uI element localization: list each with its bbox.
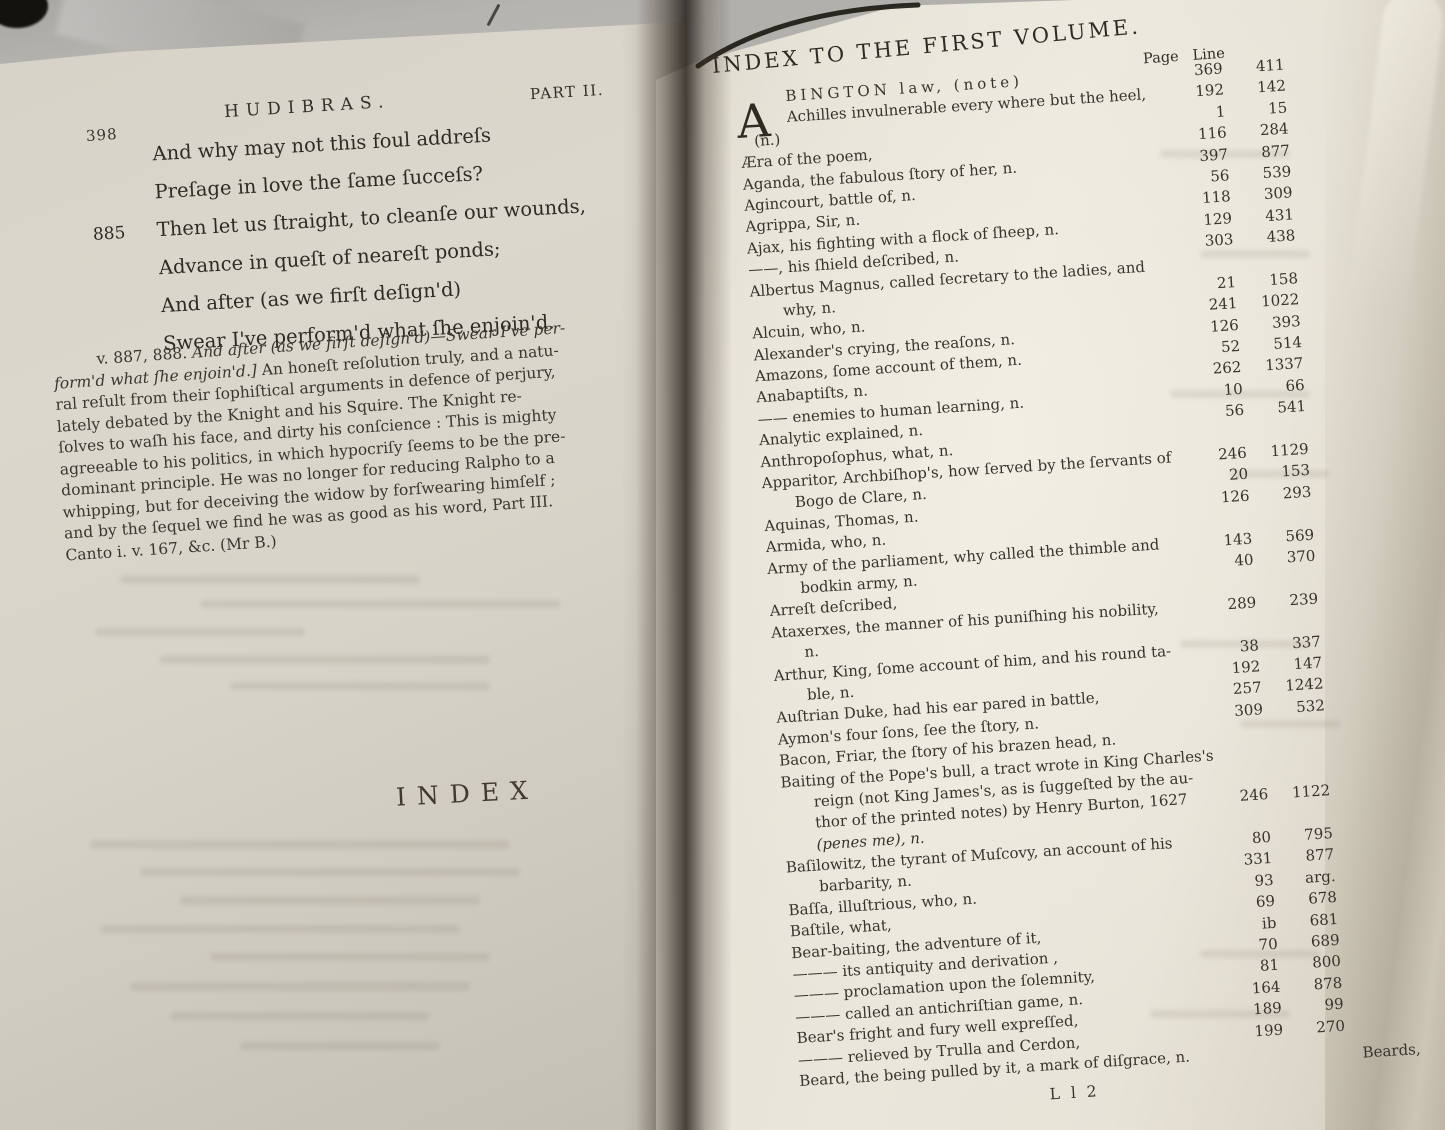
entry-line-ref: 689 <box>1277 931 1340 953</box>
index-half-title: INDEX <box>395 775 539 811</box>
gutter-shadow <box>636 0 732 1130</box>
bleedthrough-smudge <box>90 840 510 849</box>
entry-line-ref: 15 <box>1225 98 1288 120</box>
entry-line-ref: 293 <box>1249 483 1312 505</box>
entry-page-ref: 126 <box>1193 486 1250 507</box>
entry-page-ref: 303 <box>1177 230 1234 251</box>
entry-page-ref: 10 <box>1186 380 1243 401</box>
entry-page-ref: 93 <box>1217 871 1274 892</box>
entry-line-ref: 1337 <box>1241 354 1304 376</box>
entry-line-ref <box>1251 518 1313 522</box>
entry-page-ref: 192 <box>1167 81 1224 102</box>
footnote-block: v. 887, 888. And after (as we firſt deſi… <box>52 311 677 566</box>
entry-line-ref: 1129 <box>1246 440 1309 462</box>
entry-page-ref <box>1179 266 1235 270</box>
entry-line-ref <box>1267 774 1329 778</box>
entry-line-ref: 1242 <box>1261 675 1324 697</box>
entry-line-ref: 153 <box>1248 461 1311 483</box>
part-label: PART II. <box>530 81 605 103</box>
entry-line-ref: 431 <box>1231 205 1294 227</box>
entry-page-ref: 199 <box>1227 1020 1284 1041</box>
entry-line-ref <box>1285 1052 1347 1056</box>
entry-line-ref: 569 <box>1252 525 1315 547</box>
entry-line-ref: 1122 <box>1268 781 1331 803</box>
entry-page-ref: 1 <box>1169 102 1226 123</box>
entry-line-ref: 877 <box>1272 845 1335 867</box>
entry-page-ref <box>1214 756 1270 760</box>
bleedthrough-smudge <box>120 575 420 584</box>
bleedthrough-smudge <box>210 953 490 961</box>
entry-page-ref <box>1195 522 1251 526</box>
entry-line-ref: 284 <box>1226 120 1289 142</box>
entry-page-ref: 369 <box>1166 59 1223 80</box>
entry-page-ref: 397 <box>1172 145 1229 166</box>
entry-page-ref: 262 <box>1185 358 1242 379</box>
entry-page-ref: ib <box>1220 913 1277 934</box>
entry-page-ref: 21 <box>1180 273 1237 294</box>
bleedthrough-smudge <box>200 600 560 608</box>
entry-line-ref <box>1270 752 1332 756</box>
entry-page-ref: 118 <box>1174 188 1231 209</box>
entry-line-ref: 393 <box>1238 312 1301 334</box>
verse-line-number <box>91 198 155 202</box>
entry-line-ref: 66 <box>1242 376 1305 398</box>
entry-line-ref <box>1235 262 1297 266</box>
poem-line-text: And why may not this foul addreſs <box>152 124 492 166</box>
bleedthrough-smudge <box>100 925 460 933</box>
entry-page-ref: 192 <box>1204 657 1261 678</box>
entry-page-ref: 129 <box>1176 209 1233 230</box>
entry-line-ref: 877 <box>1227 141 1290 163</box>
entry-line-ref: 532 <box>1262 696 1325 718</box>
entry-line-ref: 370 <box>1253 547 1316 569</box>
entry-page-ref <box>1214 821 1270 825</box>
bleedthrough-smudge <box>240 1042 440 1050</box>
entry-page-ref: 331 <box>1216 849 1273 870</box>
bleedthrough-smudge <box>180 896 480 905</box>
bleedthrough-smudge <box>140 868 520 876</box>
entry-line-ref: 800 <box>1278 952 1341 974</box>
entry-page-ref <box>1209 735 1265 739</box>
bleedthrough-smudge <box>95 628 305 636</box>
entry-page-ref: 56 <box>1188 401 1245 422</box>
entry-line-ref <box>1265 731 1327 735</box>
entry-page-ref: 116 <box>1170 124 1227 145</box>
entry-page-ref: 143 <box>1196 529 1253 550</box>
entry-line-ref: 337 <box>1258 632 1321 654</box>
entry-line-ref: 514 <box>1240 333 1303 355</box>
entry-page-ref: 20 <box>1192 465 1249 486</box>
verse-line-number <box>95 274 159 278</box>
book-photo: { "left_page": { "page_number": "398", "… <box>0 0 1445 1130</box>
verse-line-number: 885 <box>92 221 157 245</box>
entry-line-ref: 878 <box>1280 974 1343 996</box>
fore-edge <box>1325 0 1445 1130</box>
bleedthrough-smudge <box>130 982 470 991</box>
page-number: 398 <box>85 125 118 145</box>
bleedthrough-smudge <box>170 1012 430 1020</box>
entry-page-ref: 241 <box>1181 294 1238 315</box>
entry-page-ref <box>1202 629 1258 633</box>
catchword: Beards, <box>1362 1040 1421 1062</box>
entry-line-ref: 795 <box>1270 824 1333 846</box>
entry-line-ref <box>1255 582 1317 586</box>
footnote-text: v. 887, 888. <box>96 344 193 368</box>
entry-line-ref: 1022 <box>1237 290 1300 312</box>
entry-page-ref: 289 <box>1200 593 1257 614</box>
entry-page-ref: 40 <box>1197 550 1254 571</box>
entry-page-ref <box>1211 778 1267 782</box>
entry-line-ref: 270 <box>1282 1016 1345 1038</box>
entry-line-ref: 539 <box>1229 162 1292 184</box>
entry-line-ref <box>1270 817 1332 821</box>
entry-line-ref: 158 <box>1235 269 1298 291</box>
entry-page-ref: 80 <box>1215 828 1272 849</box>
entry-page-ref: 246 <box>1190 444 1247 465</box>
entry-page-ref: 52 <box>1184 337 1241 358</box>
entry-line-ref: 309 <box>1230 184 1293 206</box>
running-title: HUDIBRAS. <box>224 92 391 122</box>
entry-line-ref: 438 <box>1233 226 1296 248</box>
entry-line-ref: 99 <box>1281 995 1344 1017</box>
entry-page-ref: 81 <box>1223 956 1280 977</box>
entry-page-ref: 126 <box>1182 316 1239 337</box>
entry-page-ref: 189 <box>1225 999 1282 1020</box>
entry-line-ref: arg. <box>1273 867 1336 889</box>
bleedthrough-smudge <box>160 655 490 664</box>
entry-line-ref: 239 <box>1256 589 1319 611</box>
entry-page-ref: 246 <box>1212 785 1269 806</box>
verse-line-number <box>89 160 153 164</box>
entry-line-ref: 147 <box>1260 653 1323 675</box>
entry-page-ref: 56 <box>1173 166 1230 187</box>
bleedthrough-smudge <box>230 682 490 690</box>
entry-line-ref: 678 <box>1274 888 1337 910</box>
entry-line-ref: 541 <box>1244 397 1307 419</box>
entry-page-ref <box>1229 1055 1285 1059</box>
entry-page-ref <box>1199 586 1255 590</box>
entry-page-ref <box>1190 436 1246 440</box>
entry-page-ref: 309 <box>1206 700 1263 721</box>
entry-page-ref: 69 <box>1219 892 1276 913</box>
entry-line-ref <box>1246 432 1308 436</box>
entry-line-ref: 411 <box>1222 56 1285 78</box>
entry-page-ref: 257 <box>1205 679 1262 700</box>
verse-line-number <box>97 312 161 316</box>
index-entry-list: A BINGTON law, (note)369411Achilles invu… <box>737 56 1349 1126</box>
entry-page-ref: 70 <box>1221 935 1278 956</box>
entry-line-ref: 142 <box>1223 77 1286 99</box>
entry-page-ref: 164 <box>1224 977 1281 998</box>
entry-line-ref: 681 <box>1276 910 1339 932</box>
entry-page-ref: 38 <box>1202 636 1259 657</box>
entry-line-ref <box>1258 625 1320 629</box>
